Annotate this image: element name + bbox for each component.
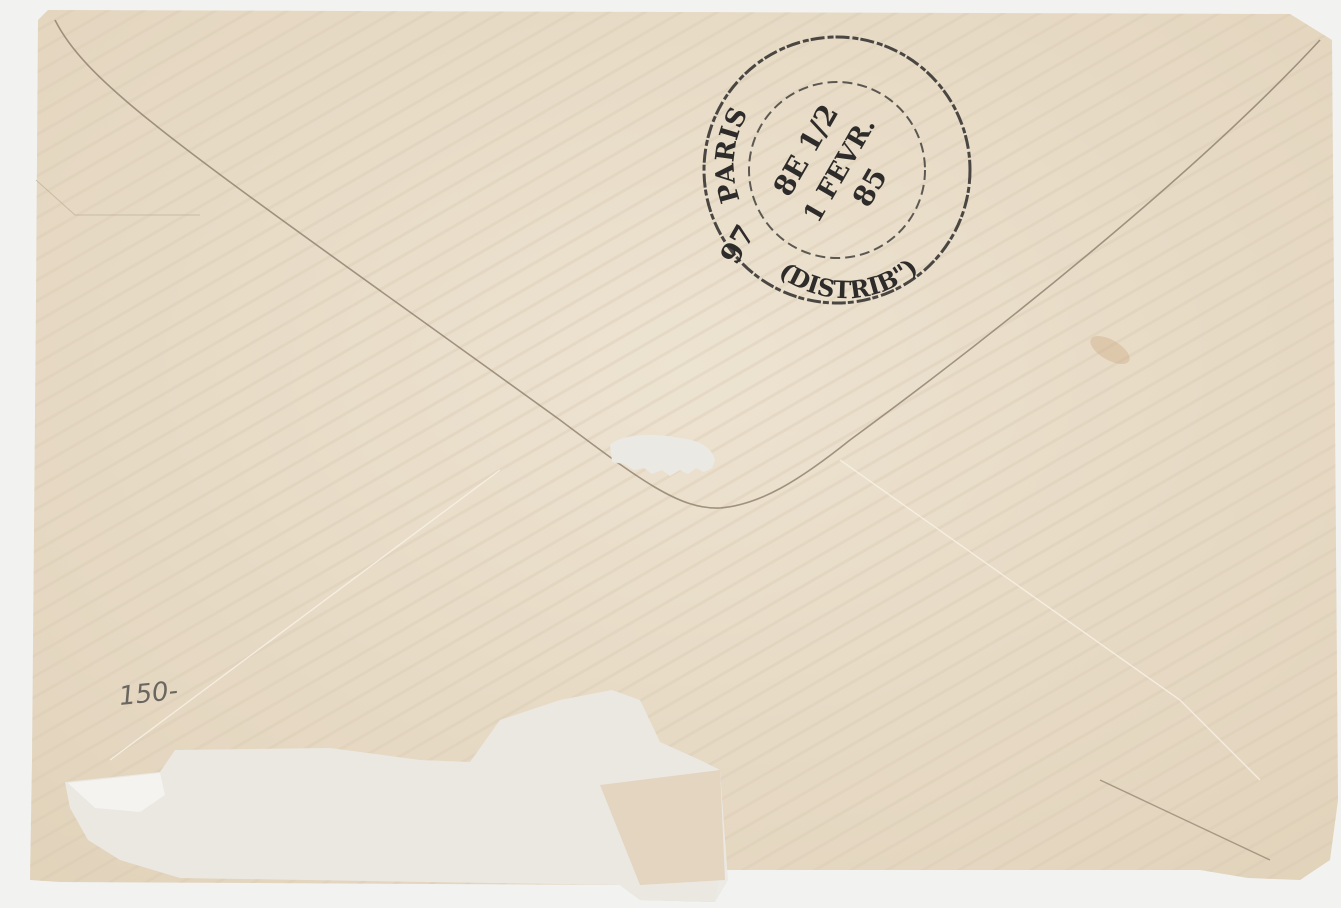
pencil-price-note: 150- <box>118 676 180 712</box>
envelope-scan: PARIS (DISTRIB") 97 8E 1/2 1 FEVR. 85 15… <box>0 0 1341 908</box>
